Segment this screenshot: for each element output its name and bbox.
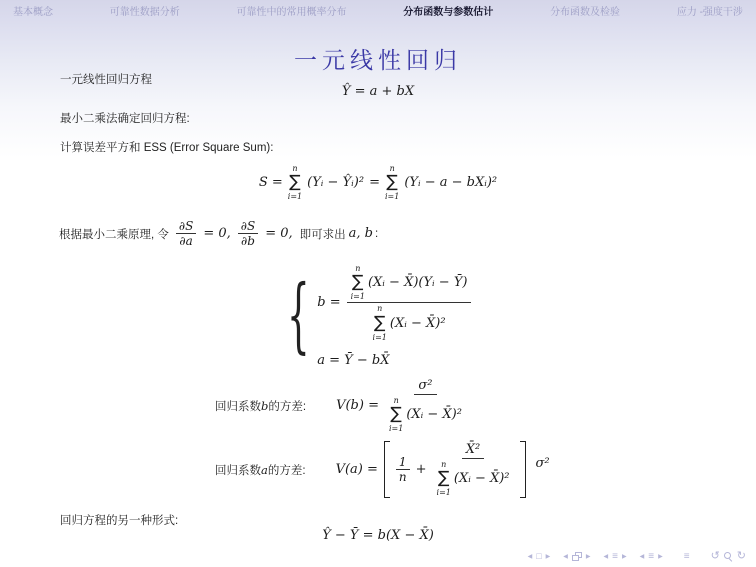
ess-lhs: S = <box>259 175 283 190</box>
ess-term2: (Yᵢ − a − bXᵢ)² <box>404 175 497 190</box>
frac-1-over-n: 1 n <box>396 455 410 484</box>
variance-a-row: 回归系数a的方差: V(a) = 1 n + X̄² n ∑ i=1 <box>215 441 550 498</box>
formula-vb: V(b) = σ² n ∑ i=1 (Xᵢ − X̄)² <box>336 377 466 434</box>
slide: 基本概念 可靠性数据分析 可靠性中的常用概率分布 分布函数与参数估计 分布函数及… <box>0 0 756 567</box>
nav-appendix-group[interactable]: ≡ <box>684 552 690 562</box>
nav-section-distribution-parameter-estimation[interactable]: 分布函数与参数估计 <box>403 3 493 18</box>
text-least-squares-label: 最小二乘法确定回归方程: <box>60 110 190 126</box>
subsection-icon[interactable]: ≡ <box>612 552 618 562</box>
derive-prefix: 根据最小二乘原理, 令 <box>59 226 169 242</box>
derive-colon: : <box>375 228 378 240</box>
system-brace: { <box>287 274 310 356</box>
prev-subsection-icon[interactable]: ◀ <box>604 554 609 560</box>
derive-suffix: 即可求出 <box>300 226 346 242</box>
go-forward-icon[interactable]: ↻ <box>737 551 746 562</box>
sum-symbol: n ∑ i=1 <box>351 264 365 301</box>
slide-icon[interactable]: □ <box>536 552 541 561</box>
formula-system-row: { b = n ∑ i=1 (Xᵢ − X̄)(Yᵢ − Ȳ) <box>0 263 756 368</box>
ess-term1: (Yᵢ − Ŷᵢ)² <box>307 175 364 190</box>
appendix-icon[interactable]: ≡ <box>684 552 690 562</box>
nav-section-basic-concepts[interactable]: 基本概念 <box>13 3 53 18</box>
prev-slide-icon[interactable]: ◀ <box>528 554 533 560</box>
sigma-glyph: ∑ <box>374 314 385 333</box>
formula-a: a = Ȳ − bX̄ <box>317 353 389 368</box>
formula-model-row: Ŷ = a + bX <box>0 84 756 99</box>
left-bracket <box>384 441 390 498</box>
outer-sigma-squared: σ² <box>536 456 550 471</box>
derive-eq1: = 0, <box>203 226 230 241</box>
next-slide-icon[interactable]: ▶ <box>546 554 551 560</box>
nav-section-reliability-data-analysis[interactable]: 可靠性数据分析 <box>110 3 180 18</box>
derive-vars: a, b <box>349 226 373 241</box>
search-icon[interactable] <box>724 552 733 561</box>
right-bracket <box>520 441 526 498</box>
sum-symbol: n ∑ i=1 <box>385 164 399 201</box>
nav-slide-group[interactable]: ◀ □ ▶ <box>528 552 551 561</box>
next-frame-icon[interactable]: ▶ <box>586 554 591 560</box>
formula-ess-row: S = n ∑ i=1 (Yᵢ − Ŷᵢ)² = n ∑ i=1 (Yᵢ − a… <box>0 164 756 201</box>
nav-section-common-probability-distributions[interactable]: 可靠性中的常用概率分布 <box>237 3 347 18</box>
sigma-glyph: ∑ <box>386 173 397 192</box>
nav-section-group[interactable]: ◀ ≡ ▶ <box>640 552 663 562</box>
partial-ds-db: ∂S ∂b <box>238 219 258 248</box>
nav-frame-group[interactable]: ◀ ▶ <box>563 552 590 561</box>
go-back-icon[interactable]: ↺ <box>711 551 720 562</box>
variance-a-label: 回归系数a的方差: <box>215 462 306 478</box>
derive-eq2: = 0, <box>265 226 292 241</box>
sum-symbol: n ∑ i=1 <box>288 164 302 201</box>
next-section-icon[interactable]: ▶ <box>658 554 663 560</box>
nav-section-stress-strength-interference[interactable]: 应力 -强度干涉 <box>677 3 743 18</box>
ess-equals: = <box>369 175 380 190</box>
nav-history-group[interactable]: ↺ ↻ <box>711 551 746 562</box>
sigma-glyph: ∑ <box>438 469 449 488</box>
next-subsection-icon[interactable]: ▶ <box>622 554 627 560</box>
derivative-condition-row: 根据最小二乘原理, 令 ∂S ∂a = 0, ∂S ∂b = 0, 即可求出 a… <box>59 219 378 248</box>
sum-symbol: n ∑ i=1 <box>389 396 403 433</box>
formula-va: V(a) = 1 n + X̄² n ∑ i=1 (Xᵢ <box>336 441 550 498</box>
variance-b-label: 回归系数b的方差: <box>215 398 306 414</box>
prev-frame-icon[interactable]: ◀ <box>563 554 568 560</box>
sum-symbol: n ∑ i=1 <box>437 460 451 497</box>
formula-model: Ŷ = a + bX <box>342 84 414 99</box>
section-navbar: 基本概念 可靠性数据分析 可靠性中的常用概率分布 分布函数与参数估计 分布函数及… <box>0 0 756 21</box>
frac-xbar-over-sum: X̄² n ∑ i=1 (Xᵢ − X̄)² <box>433 441 514 498</box>
section-icon[interactable]: ≡ <box>648 552 654 562</box>
prev-section-icon[interactable]: ◀ <box>640 554 645 560</box>
frame-icon[interactable] <box>572 552 582 561</box>
formula-alt-row: Ŷ − Ȳ = b(X − X̄) <box>0 528 756 543</box>
nav-subsection-group[interactable]: ◀ ≡ ▶ <box>604 552 627 562</box>
sigma-glyph: ∑ <box>289 173 300 192</box>
partial-ds-da: ∂S ∂a <box>176 219 196 248</box>
formula-alt: Ŷ − Ȳ = b(X − X̄) <box>322 528 434 543</box>
variance-b-row: 回归系数b的方差: V(b) = σ² n ∑ i=1 (Xᵢ − X̄)² <box>215 377 466 434</box>
sum-symbol: n ∑ i=1 <box>373 304 387 341</box>
formula-b: b = n ∑ i=1 (Xᵢ − X̄)(Yᵢ − Ȳ) <box>317 263 471 343</box>
text-alt-form-label: 回归方程的另一种形式: <box>60 512 178 528</box>
text-ess-label: 计算误差平方和 ESS (Error Square Sum): <box>60 139 273 155</box>
sigma-glyph: ∑ <box>352 273 363 292</box>
nav-section-distribution-testing[interactable]: 分布函数及检验 <box>550 3 620 18</box>
beamer-navigation-bar: ◀ □ ▶ ◀ ▶ ◀ ≡ ▶ ◀ ≡ ▶ ≡ ↺ ↻ <box>528 551 746 562</box>
sigma-glyph: ∑ <box>390 405 401 424</box>
